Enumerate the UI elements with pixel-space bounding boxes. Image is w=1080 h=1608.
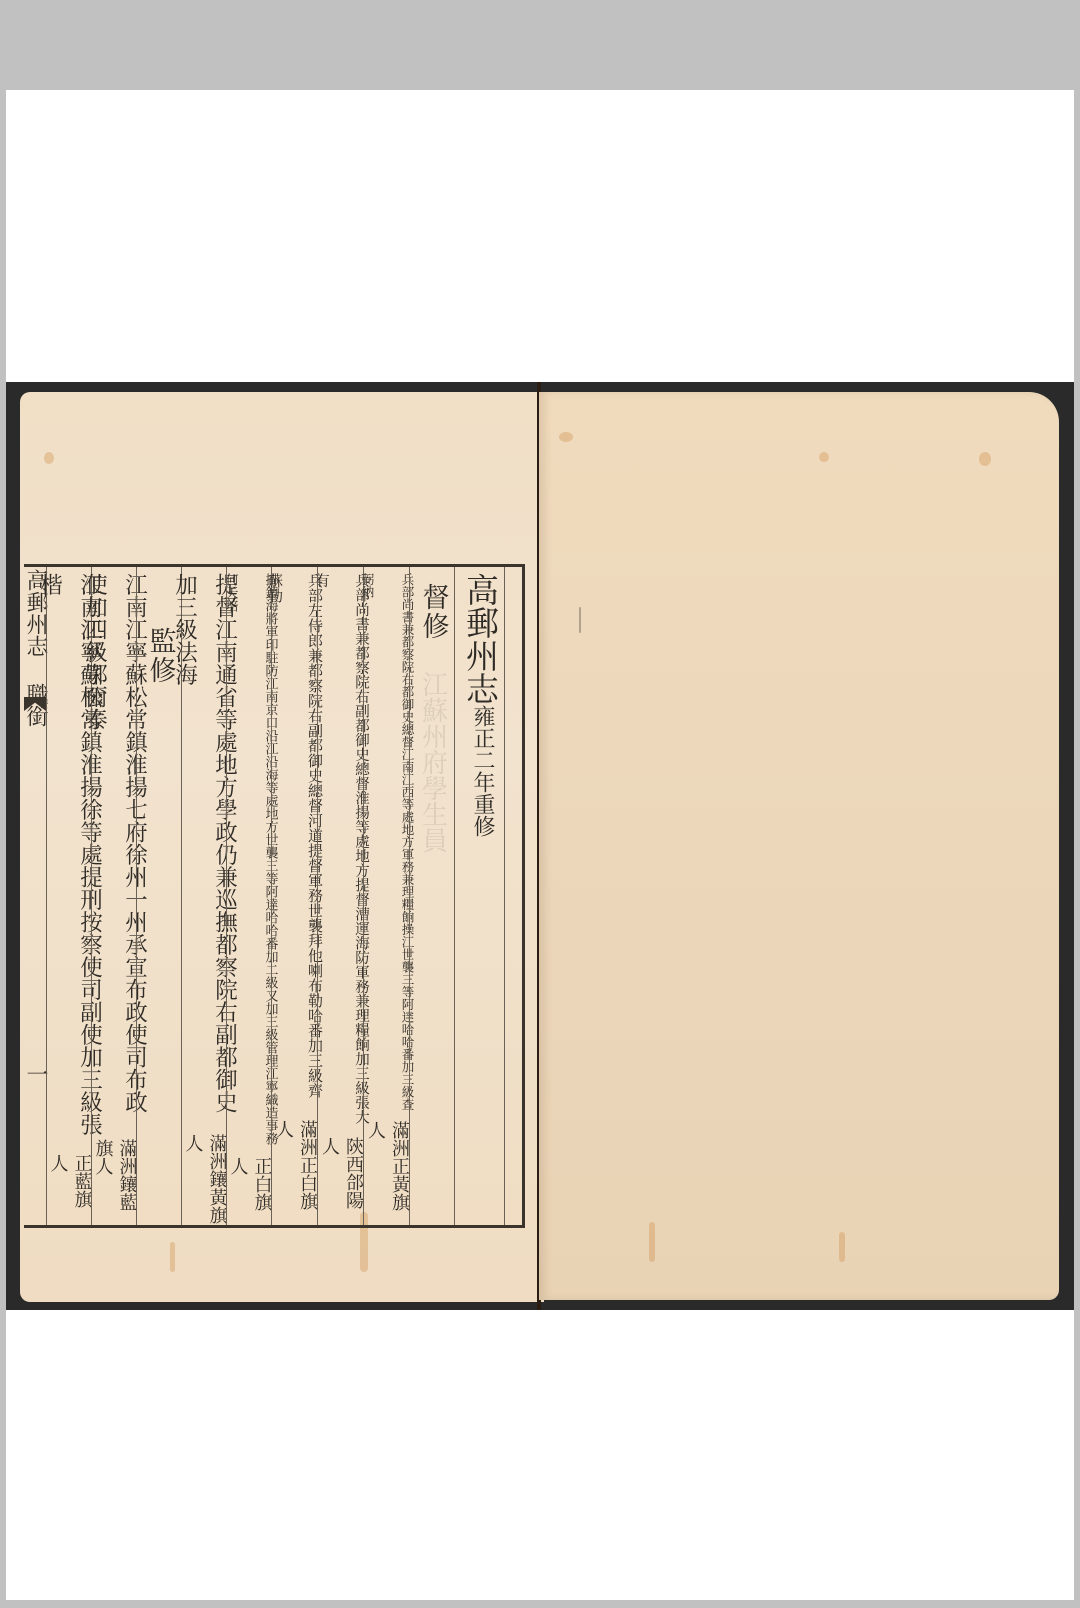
bleed-through-text: 江蘇州府學生員 [413, 671, 453, 853]
entry-note: 正白旗人 [226, 1157, 274, 1225]
entry-note: 陝西郃陽人 [317, 1137, 365, 1225]
left-page: 高郵州志 職銜 一 江南江寧蘇松常鎮淮揚徐等處提刑按察使司副使加三級張楷 正藍旗… [20, 392, 544, 1302]
edition-note: 雍正二年重修 [468, 705, 496, 837]
entry-note: 滿洲正白旗人 [271, 1120, 319, 1225]
section-heading-column: 督修 江蘇州府學生員 [409, 567, 455, 1225]
book-title: 高郵州志 [460, 573, 500, 705]
frame-margin-column [504, 567, 520, 1225]
section-heading: 督修 [413, 583, 453, 641]
entry-note: 正藍旗人 [46, 1154, 94, 1225]
entry-column: 江南江寧蘇松常鎮淮揚七府徐州一州承宣布政使司布政使加四級鄂爾泰 滿洲鑲藍旗人 [91, 567, 137, 1225]
scanned-book-photo: 高郵州志 職銜 一 江南江寧蘇松常鎮淮揚徐等處提刑按察使司副使加三級張楷 正藍旗… [6, 382, 1074, 1310]
title-column: 高郵州志 雍正二年重修 [454, 567, 505, 1225]
right-page-blank [539, 392, 1059, 1300]
entry-note: 滿洲鑲藍旗人 [91, 1139, 139, 1225]
text-frame: 高郵州志 職銜 一 江南江寧蘇松常鎮淮揚徐等處提刑按察使司副使加三級張楷 正藍旗… [24, 564, 525, 1228]
entry-column: 兵部尚書兼都察院右都御史總督江南江西等處地方軍務兼理糧餉操江世襲三等阿達哈哈番加… [363, 567, 410, 1225]
entry-note: 滿洲正黃旗人 [363, 1121, 411, 1225]
